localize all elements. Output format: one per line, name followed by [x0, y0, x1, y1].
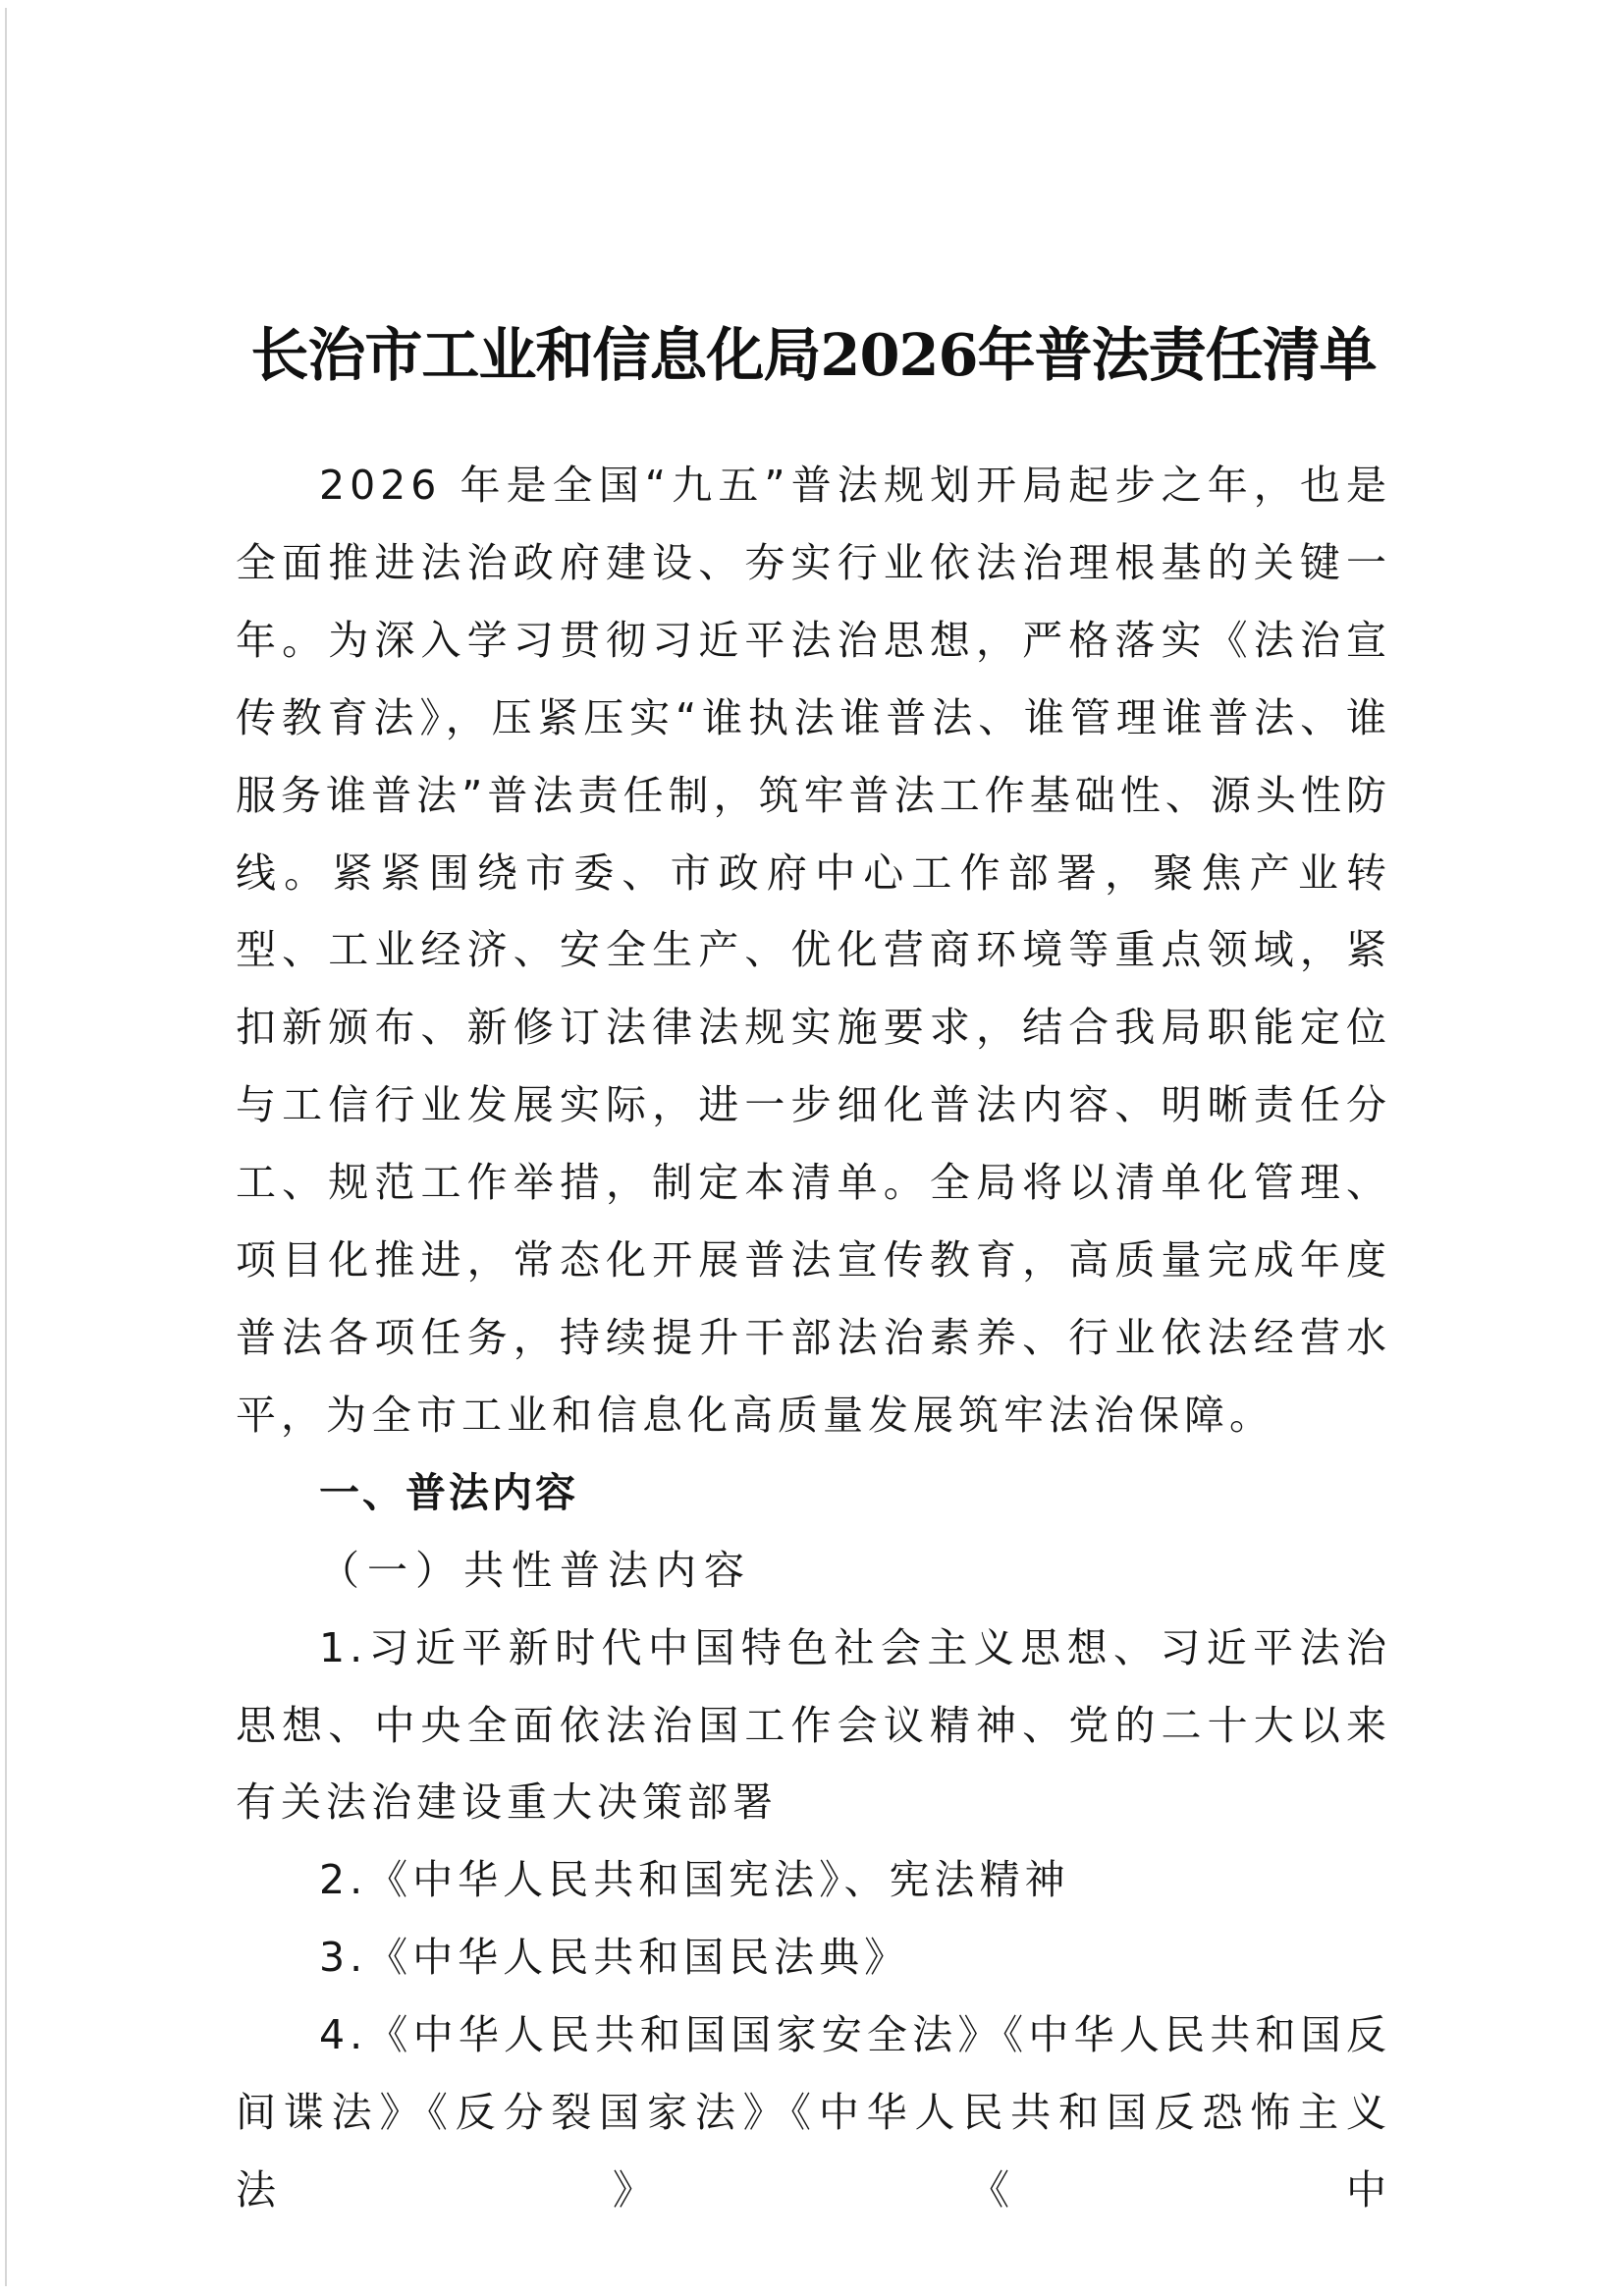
document-title: 长治市工业和信息化局2026年普法责任清单	[236, 316, 1391, 395]
document-body: 2026 年是全国“九五”普法规划开局起步之年，也是全面推进法治政府建设、夯实行…	[236, 447, 1391, 2229]
intro-paragraph: 2026 年是全国“九五”普法规划开局起步之年，也是全面推进法治政府建设、夯实行…	[236, 447, 1391, 1454]
subsection-heading-1: （一）共性普法内容	[236, 1532, 1391, 1610]
list-item-2: 2.《中华人民共和国宪法》、宪法精神	[236, 1841, 1391, 1919]
list-item-3: 3.《中华人民共和国民法典》	[236, 1919, 1391, 1996]
section-heading-1: 一、普法内容	[236, 1454, 1391, 1532]
list-item-4: 4.《中华人民共和国国家安全法》《中华人民共和国反间谍法》《反分裂国家法》《中华…	[236, 1996, 1391, 2229]
list-item-1: 1.习近平新时代中国特色社会主义思想、习近平法治思想、中央全面依法治国工作会议精…	[236, 1610, 1391, 1842]
scan-edge-line	[5, 8, 7, 2286]
